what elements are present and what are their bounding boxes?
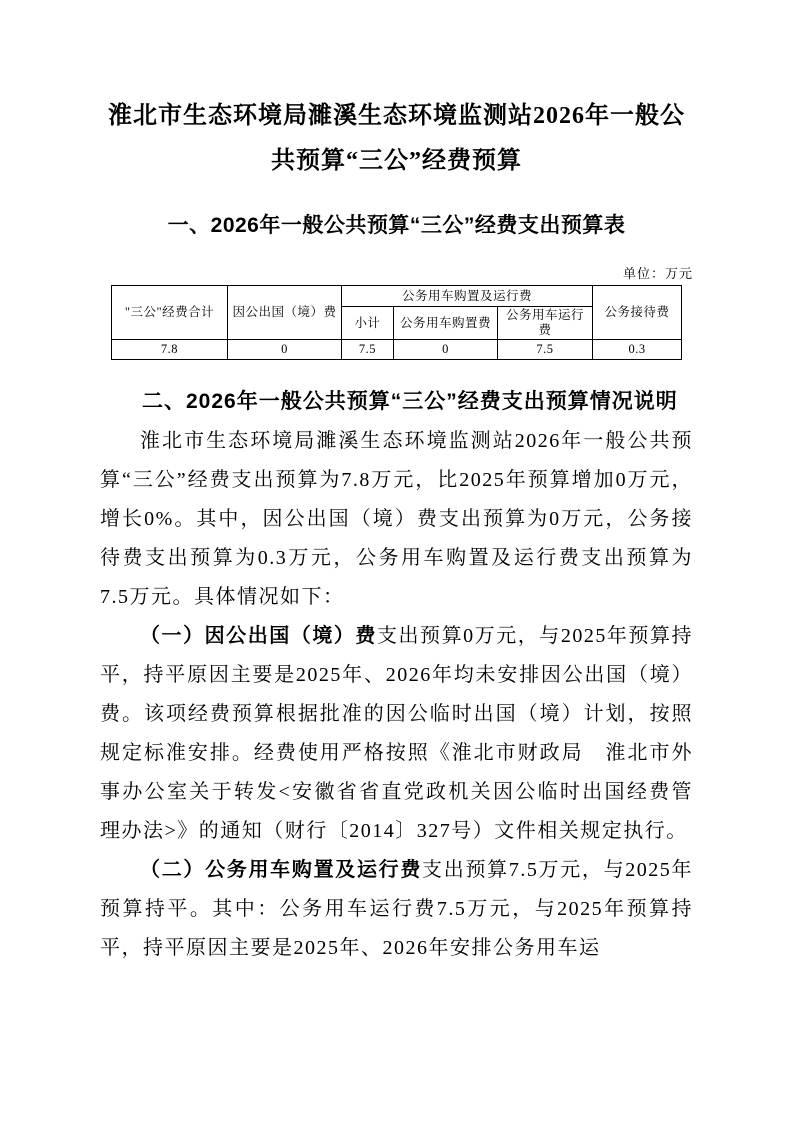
item-2-paragraph: （二）公务用车购置及运行费支出预算7.5万元，与2025年预算持平。其中：公务用… bbox=[100, 851, 693, 968]
header-subtotal: 小计 bbox=[341, 307, 393, 340]
three-public-budget-table: "三公"经费合计 因公出国（境）费 公务用车购置及运行费 公务接待费 小计 公务… bbox=[111, 285, 682, 360]
value-vehicle-purchase: 0 bbox=[393, 340, 497, 360]
header-reception: 公务接待费 bbox=[593, 286, 682, 340]
header-vehicle-group: 公务用车购置及运行费 bbox=[341, 286, 592, 307]
table-data-row: 7.8 0 7.5 0 7.5 0.3 bbox=[111, 340, 681, 360]
value-vehicle-operation: 7.5 bbox=[497, 340, 592, 360]
header-vehicle-operation: 公务用车运行费 bbox=[497, 307, 592, 340]
header-vehicle-purchase: 公务用车购置费 bbox=[393, 307, 497, 340]
summary-paragraph: 淮北市生态环境局濉溪生态环境监测站2026年一般公共预算“三公”经费支出预算为7… bbox=[100, 422, 693, 617]
item-2-lead: （二）公务用车购置及运行费 bbox=[140, 859, 422, 881]
value-abroad: 0 bbox=[227, 340, 341, 360]
section-1-heading: 一、2026年一般公共预算“三公”经费支出预算表 bbox=[100, 211, 693, 241]
document-title: 淮北市生态环境局濉溪生态环境监测站2026年一般公共预算“三公”经费预算 bbox=[100, 94, 693, 184]
item-1-paragraph: （一）因公出国（境）费支出预算0万元，与2025年预算持平，持平原因主要是202… bbox=[100, 617, 693, 851]
value-total: 7.8 bbox=[111, 340, 227, 360]
document-content: 淮北市生态环境局濉溪生态环境监测站2026年一般公共预算“三公”经费预算 一、2… bbox=[100, 0, 693, 968]
header-total: "三公"经费合计 bbox=[111, 286, 227, 340]
table-header-row-1: "三公"经费合计 因公出国（境）费 公务用车购置及运行费 公务接待费 bbox=[111, 286, 681, 307]
value-subtotal: 7.5 bbox=[341, 340, 393, 360]
section-2-heading: 二、2026年一般公共预算“三公”经费支出预算情况说明 bbox=[100, 382, 693, 422]
document-page: 淮北市生态环境局濉溪生态环境监测站2026年一般公共预算“三公”经费预算 一、2… bbox=[0, 0, 793, 1122]
item-1-lead: （一）因公出国（境）费 bbox=[140, 625, 377, 647]
header-abroad: 因公出国（境）费 bbox=[227, 286, 341, 340]
unit-label: 单位：万元 bbox=[100, 263, 693, 282]
value-reception: 0.3 bbox=[593, 340, 682, 360]
item-1-text: 支出预算0万元，与2025年预算持平，持平原因主要是2025年、2026年均未安… bbox=[100, 625, 693, 842]
